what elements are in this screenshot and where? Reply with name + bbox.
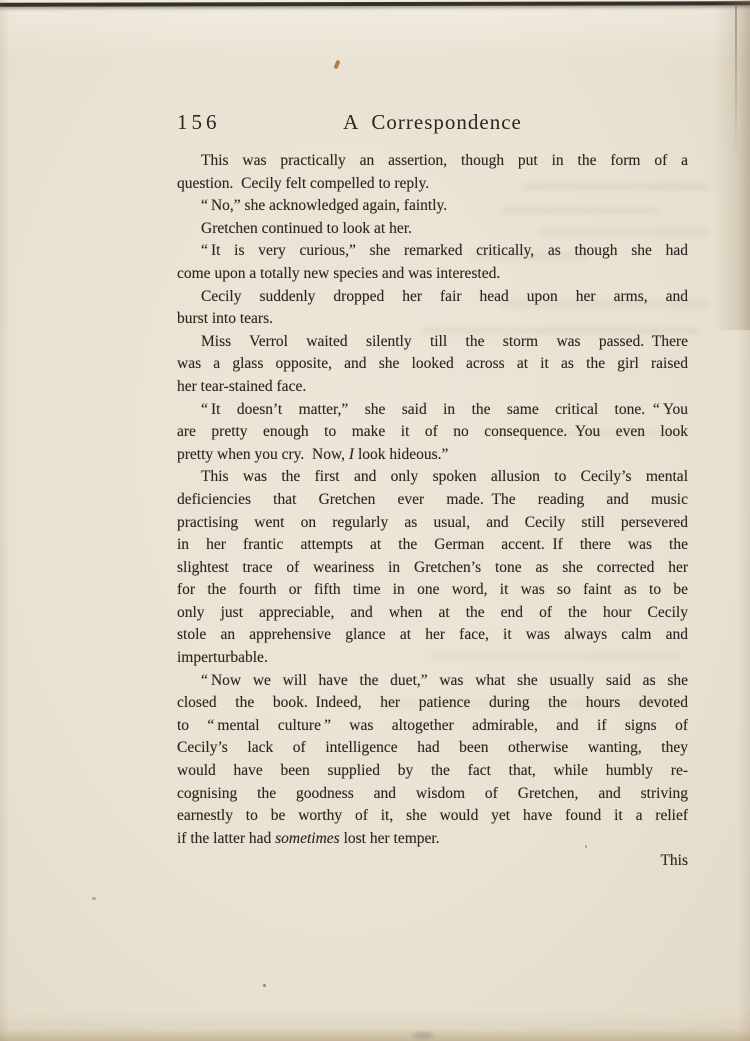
- text-line: deficiencies that Gretchen ever made. Th…: [177, 489, 688, 512]
- text-line: “ It doesn’t matter,” she said in the sa…: [177, 399, 688, 422]
- text-line: if the latter had sometimes lost her tem…: [177, 828, 688, 851]
- paragraph: This was the first and only spoken allus…: [177, 466, 688, 669]
- text-line: only just appreciable, and when at the e…: [177, 602, 688, 625]
- running-title: A Correspondence: [177, 110, 688, 135]
- text-line: was a glass opposite, and she looked acr…: [177, 353, 688, 376]
- text-line: for the fourth or fifth time in one word…: [177, 579, 688, 602]
- text-line: to “ mental culture ” was altogether adm…: [177, 715, 688, 738]
- text-line: “ No,” she acknowledged again, faintly.: [177, 195, 688, 218]
- text-line: stole an apprehensive glance at her face…: [177, 624, 688, 647]
- text-line: cognising the goodness and wisdom of Gre…: [177, 783, 688, 806]
- catchword: This: [177, 850, 688, 873]
- text-line: This was the first and only spoken allus…: [177, 466, 688, 489]
- paragraph: “ No,” she acknowledged again, faintly.: [177, 195, 688, 218]
- text-line: Cecily’s lack of intelligence had been o…: [177, 737, 688, 760]
- page-edge-line: [735, 4, 737, 154]
- text-line: “ It is very curious,” she remarked crit…: [177, 240, 688, 263]
- text-line: her tear-stained face.: [177, 376, 688, 399]
- page-content: 156 A Correspondence This was practicall…: [177, 0, 688, 1041]
- page-header: 156 A Correspondence: [177, 110, 688, 138]
- text-line: in her frantic attempts at the German ac…: [177, 534, 688, 557]
- text-line: are pretty enough to make it of no conse…: [177, 421, 688, 444]
- text-line: Gretchen continued to look at her.: [177, 218, 688, 241]
- paragraph: This was practically an assertion, thoug…: [177, 150, 688, 195]
- page-number: 156: [177, 110, 221, 135]
- text-line: would have been supplied by the fact tha…: [177, 760, 688, 783]
- text-line: “ Now we will have the duet,” was what s…: [177, 670, 688, 693]
- paragraphs: This was practically an assertion, thoug…: [177, 150, 688, 850]
- left-edge-shading: [0, 0, 10, 1041]
- paragraph: Miss Verrol waited silently till the sto…: [177, 331, 688, 399]
- text-line: closed the book. Indeed, her patience du…: [177, 692, 688, 715]
- text-line: burst into tears.: [177, 308, 688, 331]
- paragraph: Cecily suddenly dropped her fair head up…: [177, 286, 688, 331]
- paragraph: Gretchen continued to look at her.: [177, 218, 688, 241]
- text-line: Cecily suddenly dropped her fair head up…: [177, 286, 688, 309]
- paper-speck: [92, 897, 96, 900]
- right-edge-shading: [738, 0, 750, 1041]
- scanned-book-page: 156 A Correspondence This was practicall…: [0, 0, 750, 1041]
- text-line: practising went on regularly as usual, a…: [177, 512, 688, 535]
- paragraph: “ It doesn’t matter,” she said in the sa…: [177, 399, 688, 467]
- text-line: come upon a totally new species and was …: [177, 263, 688, 286]
- text-line: question. Cecily felt compelled to reply…: [177, 173, 688, 196]
- text-line: This was practically an assertion, thoug…: [177, 150, 688, 173]
- text-line: imperturbable.: [177, 647, 688, 670]
- page-body: This was practically an assertion, thoug…: [177, 150, 688, 873]
- text-line: slightest trace of weariness in Gretchen…: [177, 557, 688, 580]
- text-line: earnestly to be worthy of it, she would …: [177, 805, 688, 828]
- paragraph: “ Now we will have the duet,” was what s…: [177, 670, 688, 851]
- text-line: pretty when you cry. Now, I look hideous…: [177, 444, 688, 467]
- text-line: Miss Verrol waited silently till the sto…: [177, 331, 688, 354]
- paragraph: “ It is very curious,” she remarked crit…: [177, 240, 688, 285]
